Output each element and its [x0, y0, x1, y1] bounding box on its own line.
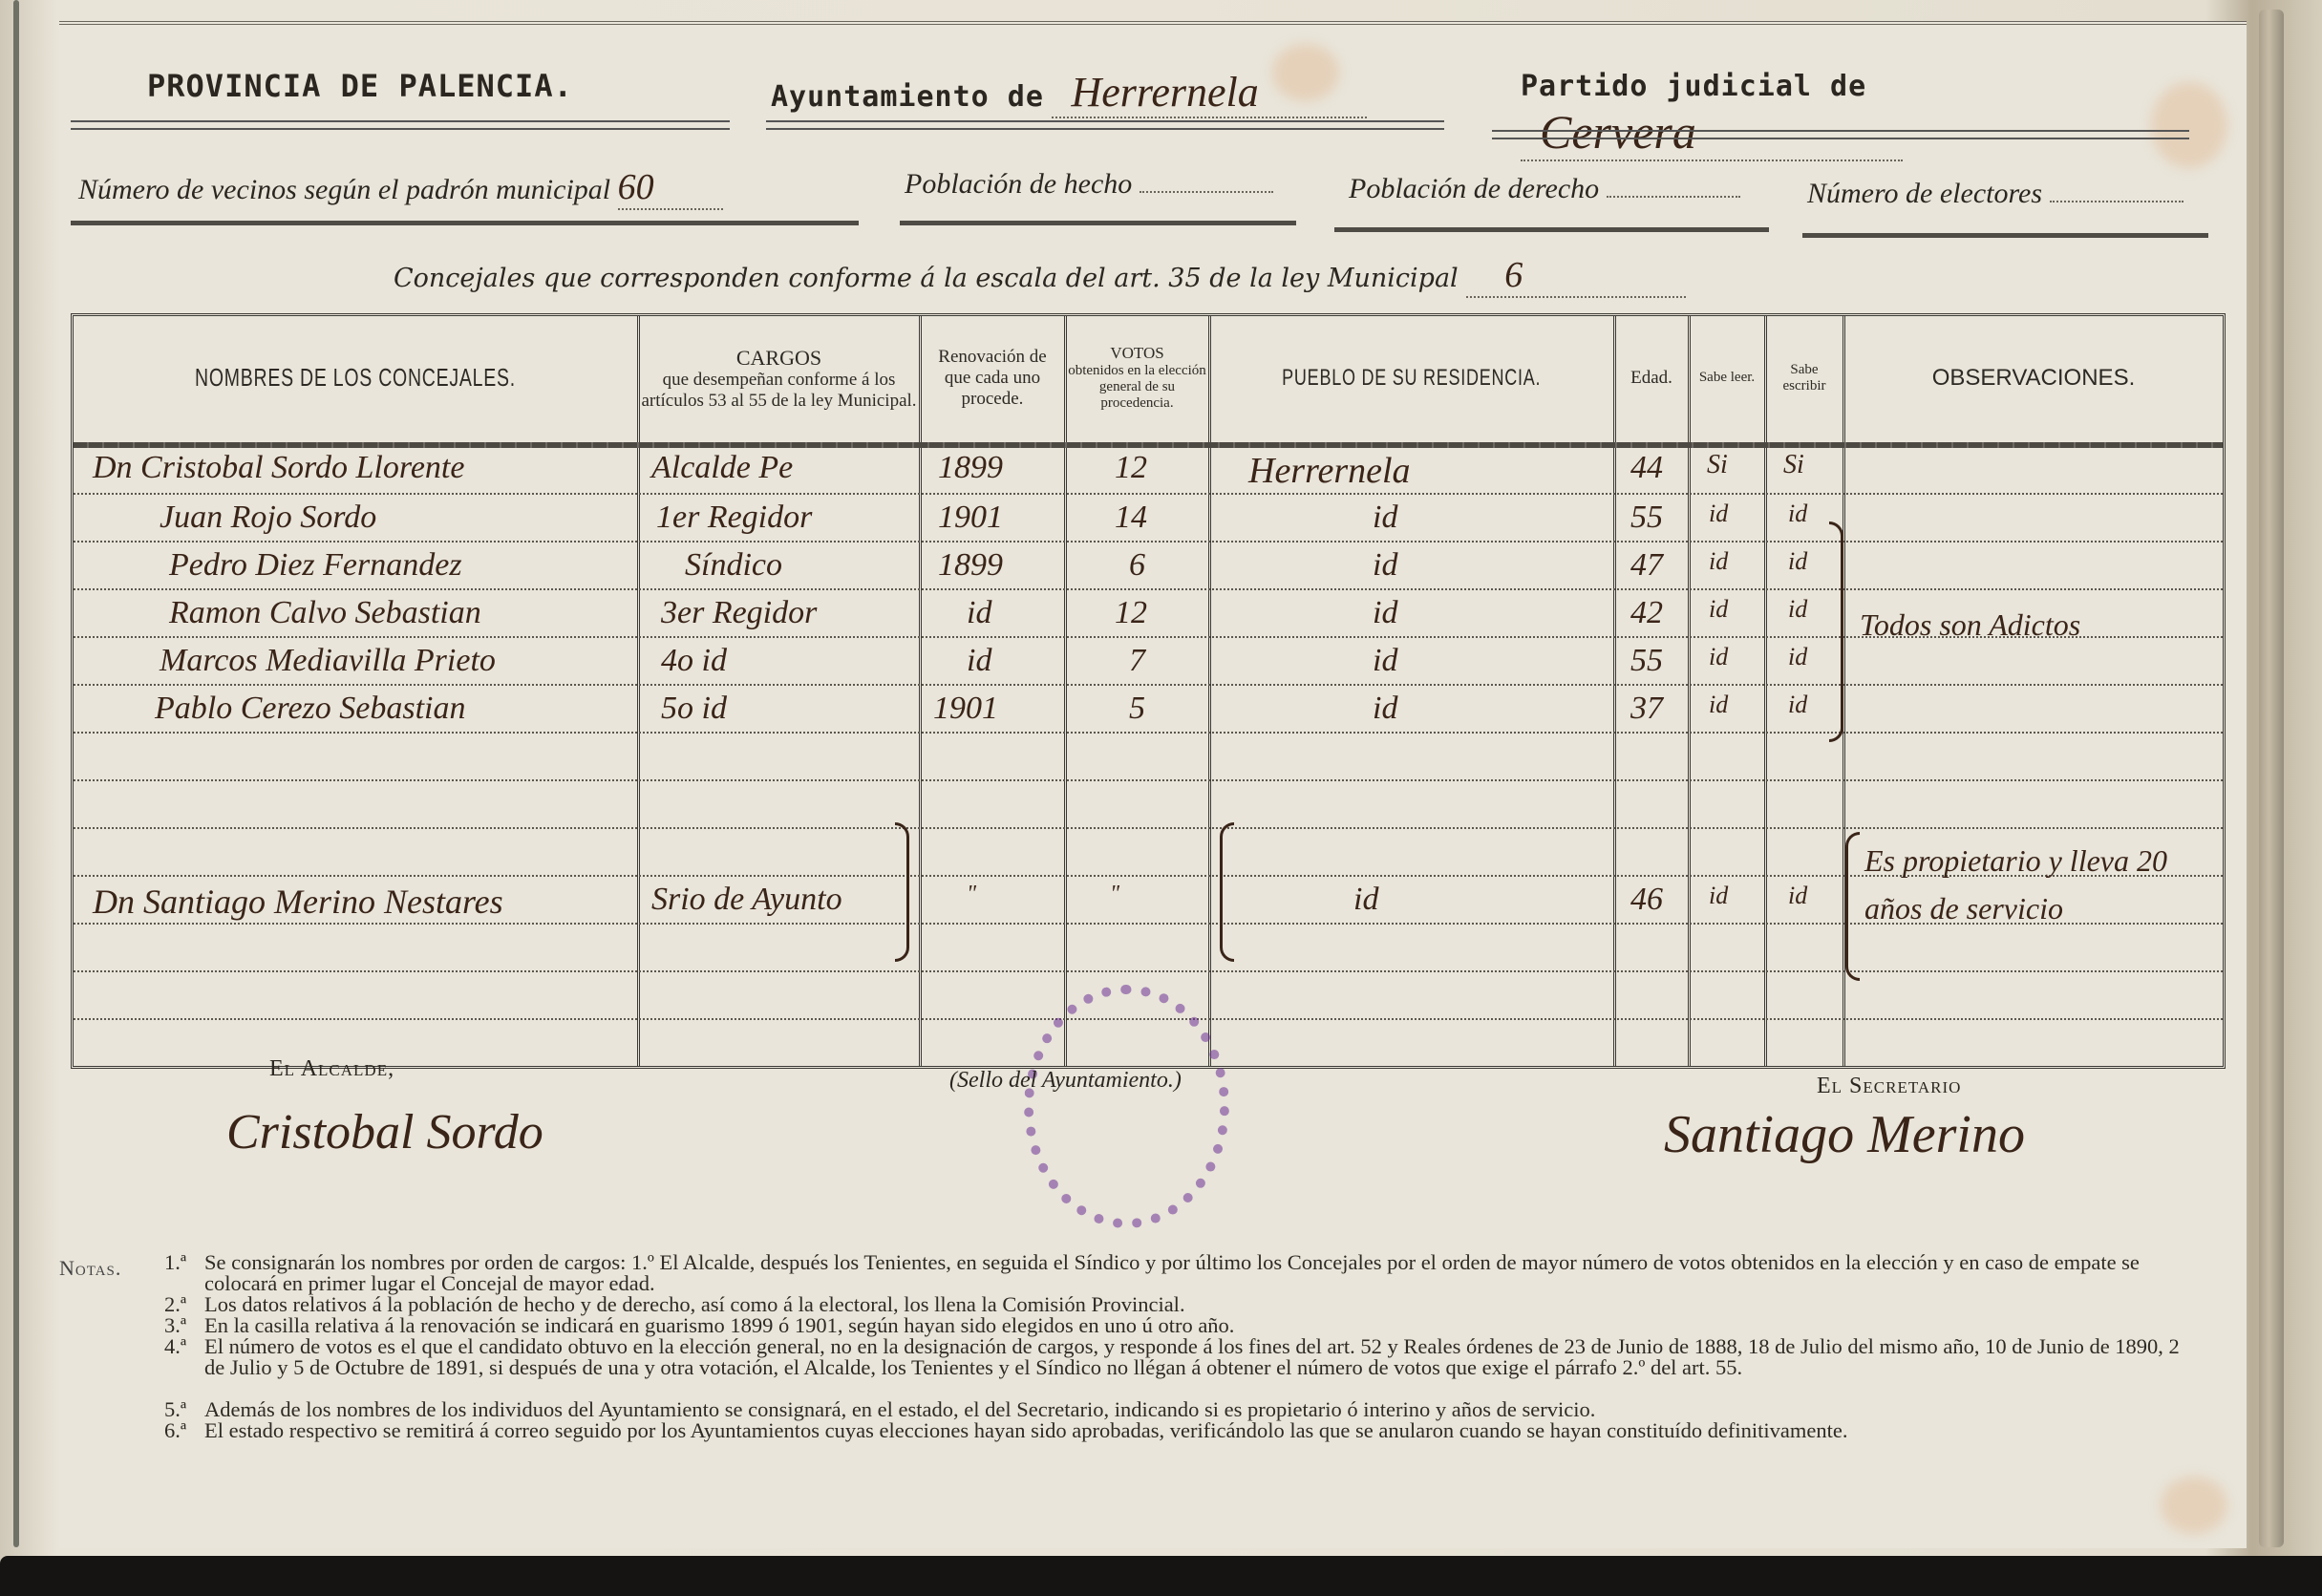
row-line	[74, 779, 2223, 781]
note-text: El número de votos es el que el candidat…	[204, 1336, 2199, 1378]
cell-votos: "	[1110, 882, 1119, 907]
header-rule	[74, 442, 2223, 448]
alcalde-label: El Alcalde,	[269, 1056, 394, 1082]
header-edad: Edad.	[1615, 316, 1688, 440]
cell-pueblo: id	[1373, 691, 1397, 727]
divider	[1492, 130, 2189, 139]
cell-nombre: Pablo Cerezo Sebastian	[155, 691, 466, 727]
note-text: Se consignarán los nombres por orden de …	[204, 1252, 2199, 1294]
cell-cargo: 1er Regidor	[656, 500, 812, 536]
electores-label: Número de electores	[1807, 178, 2042, 209]
note-number: 6.ª	[164, 1420, 186, 1441]
header-pueblo-label: PUEBLO DE SU RESIDENCIA.	[1282, 365, 1541, 392]
poblacion-hecho-value	[1140, 191, 1273, 193]
divider	[71, 221, 859, 225]
cell-pueblo: id	[1373, 500, 1397, 536]
brace	[1845, 832, 1860, 981]
cell-pueblo: id	[1373, 643, 1397, 679]
notes-title: Notas.	[59, 1258, 121, 1279]
cell-escribir: id	[1788, 882, 1807, 910]
cell-edad: 44	[1630, 450, 1663, 486]
cell-edad: 37	[1630, 691, 1663, 727]
cell-edad: 55	[1630, 500, 1663, 536]
cell-pueblo: Herrernela	[1248, 450, 1411, 492]
row-line	[74, 684, 2223, 686]
cell-votos: 6	[1129, 547, 1145, 584]
cell-pueblo: id	[1373, 595, 1397, 631]
cell-renovacion: 1899	[938, 450, 1003, 486]
cell-leer: id	[1709, 691, 1728, 719]
secretario-signature: Santiago Merino	[1664, 1104, 2025, 1165]
vecinos-label: Número de vecinos según el padrón munici…	[78, 174, 610, 205]
ayuntamiento-stamp	[1024, 985, 1229, 1228]
paper-stain	[2161, 1477, 2227, 1534]
header-cargos-sub: que desempeñan conforme á los artículos …	[639, 370, 919, 412]
header-renovacion: Renovación de que cada uno procede.	[921, 316, 1064, 440]
concejales-value: 6	[1466, 254, 1686, 298]
row-line	[74, 827, 2223, 829]
cell-escribir: id	[1788, 643, 1807, 671]
partido-field: Partido judicial de Cervera	[1521, 68, 2247, 161]
divider	[900, 221, 1296, 225]
note-number: 2.ª	[164, 1294, 186, 1315]
cell-leer: id	[1709, 547, 1728, 576]
note-text: El estado respectivo se remitirá á corre…	[204, 1420, 2199, 1441]
poblacion-derecho-label: Población de derecho	[1349, 173, 1599, 204]
cell-edad: 47	[1630, 547, 1663, 584]
note-text: En la casilla relativa á la renovación s…	[204, 1315, 2199, 1336]
header-observaciones: OBSERVACIONES.	[1844, 316, 2223, 440]
book-binding-right	[2259, 10, 2284, 1547]
cell-cargo: 5o id	[661, 691, 727, 727]
cell-escribir: Si	[1783, 450, 1804, 480]
cell-cargo: Srio de Ayunto	[651, 882, 842, 918]
cell-votos: 14	[1115, 500, 1147, 536]
poblacion-derecho-field: Población de derecho	[1349, 173, 1740, 205]
cell-observacion: Es propietario y lleva 20 años de servic…	[1864, 837, 2189, 932]
cell-observacion-group: Todos son Adictos	[1860, 607, 2080, 643]
cell-escribir: id	[1788, 595, 1807, 624]
cell-votos: 12	[1115, 450, 1147, 486]
note-text: Los datos relativos á la población de he…	[204, 1294, 2199, 1315]
header-pueblo: PUEBLO DE SU RESIDENCIA.	[1210, 316, 1613, 440]
cell-leer: id	[1709, 595, 1728, 624]
cell-nombre: Ramon Calvo Sebastian	[169, 595, 481, 631]
cell-cargo: Síndico	[685, 547, 782, 584]
ayuntamiento-field: Ayuntamiento de Herrernela	[771, 68, 1367, 118]
electores-value	[2050, 201, 2184, 202]
note-text: Además de los nombres de los individuos …	[204, 1399, 2199, 1420]
cell-renovacion: 1901	[933, 691, 998, 727]
header-sabe-escribir: Sabe escribir	[1766, 316, 1843, 440]
electores-field: Número de electores	[1807, 178, 2184, 210]
provincia-title: PROVINCIA DE PALENCIA.	[147, 68, 573, 104]
cell-leer: Si	[1707, 450, 1728, 480]
row-line	[74, 970, 2223, 972]
row-line	[74, 541, 2223, 543]
cell-votos: 5	[1129, 691, 1145, 727]
divider	[1802, 233, 2208, 238]
divider	[766, 120, 1444, 130]
secretario-label: El Secretario	[1817, 1074, 1961, 1099]
poblacion-hecho-field: Población de hecho	[905, 168, 1273, 201]
cell-renovacion: id	[967, 595, 991, 631]
header-nombres-label: NOMBRES DE LOS CONCEJALES.	[195, 364, 516, 393]
ayuntamiento-value: Herrernela	[1052, 68, 1367, 118]
cell-edad: 42	[1630, 595, 1663, 631]
cell-cargo: 3er Regidor	[661, 595, 817, 631]
cell-nombre: Dn Santiago Merino Nestares	[93, 882, 503, 922]
header-cargos: CARGOS que desempeñan conforme á los art…	[639, 316, 919, 440]
book-binding-left	[13, 0, 19, 1547]
row-line	[74, 493, 2223, 495]
poblacion-derecho-value	[1607, 196, 1740, 198]
vecinos-value: 60	[618, 166, 723, 210]
header-votos: VOTOS obtenidos en la elección general d…	[1066, 316, 1208, 440]
vecinos-field: Número de vecinos según el padrón munici…	[78, 166, 723, 210]
cell-escribir: id	[1788, 500, 1807, 528]
concejales-table: NOMBRES DE LOS CONCEJALES. CARGOS que de…	[71, 313, 2226, 1069]
cell-nombre: Pedro Diez Fernandez	[169, 547, 462, 584]
cell-renovacion: id	[967, 643, 991, 679]
divider	[71, 120, 730, 130]
note-number: 5.ª	[164, 1399, 186, 1420]
header-votos-sub: obtenidos en la elección general de su p…	[1066, 363, 1208, 413]
row-line	[74, 588, 2223, 590]
header-votos-title: VOTOS	[1110, 344, 1163, 363]
concejales-label: Concejales que corresponden conforme á l…	[394, 264, 1459, 293]
cell-nombre: Marcos Mediavilla Prieto	[160, 643, 496, 679]
cell-nombre: Juan Rojo Sordo	[160, 500, 376, 536]
partido-label: Partido judicial de	[1521, 70, 1866, 103]
note-number: 1.ª	[164, 1252, 186, 1273]
cell-votos: 7	[1129, 643, 1145, 679]
header-nombres: NOMBRES DE LOS CONCEJALES.	[74, 316, 637, 440]
brace	[895, 822, 909, 962]
scan-bottom-edge	[0, 1556, 2322, 1596]
cell-nombre: Dn Cristobal Sordo Llorente	[93, 450, 464, 486]
cell-escribir: id	[1788, 547, 1807, 576]
header-sabe-leer: Sabe leer.	[1690, 316, 1764, 440]
row-line	[74, 732, 2223, 734]
cell-cargo: 4o id	[661, 643, 727, 679]
cell-leer: id	[1709, 643, 1728, 671]
cell-pueblo: id	[1353, 882, 1378, 918]
sello-caption: (Sello del Ayuntamiento.)	[949, 1068, 1182, 1094]
cell-edad: 46	[1630, 882, 1663, 918]
header-observaciones-label: OBSERVACIONES.	[1932, 365, 2136, 392]
cell-renovacion: 1899	[938, 547, 1003, 584]
cell-edad: 55	[1630, 643, 1663, 679]
divider	[1334, 227, 1769, 232]
cell-cargo: Alcalde Pe	[651, 450, 793, 486]
brace	[1220, 822, 1234, 962]
note-number: 3.ª	[164, 1315, 186, 1336]
header-cargos-title: CARGOS	[736, 346, 821, 370]
document-page: PROVINCIA DE PALENCIA. Ayuntamiento de H…	[59, 21, 2247, 1548]
group-brace	[1829, 521, 1843, 742]
cell-leer: id	[1709, 500, 1728, 528]
alcalde-signature: Cristobal Sordo	[226, 1104, 543, 1160]
cell-renovacion: 1901	[938, 500, 1003, 536]
note-number: 4.ª	[164, 1336, 186, 1357]
cell-votos: 12	[1115, 595, 1147, 631]
ayuntamiento-label: Ayuntamiento de	[771, 80, 1044, 114]
concejales-line: Concejales que corresponden conforme á l…	[394, 254, 1686, 298]
cell-leer: id	[1709, 882, 1728, 910]
cell-pueblo: id	[1373, 547, 1397, 584]
cell-renovacion: "	[967, 882, 976, 907]
cell-escribir: id	[1788, 691, 1807, 719]
poblacion-hecho-label: Población de hecho	[905, 168, 1132, 200]
